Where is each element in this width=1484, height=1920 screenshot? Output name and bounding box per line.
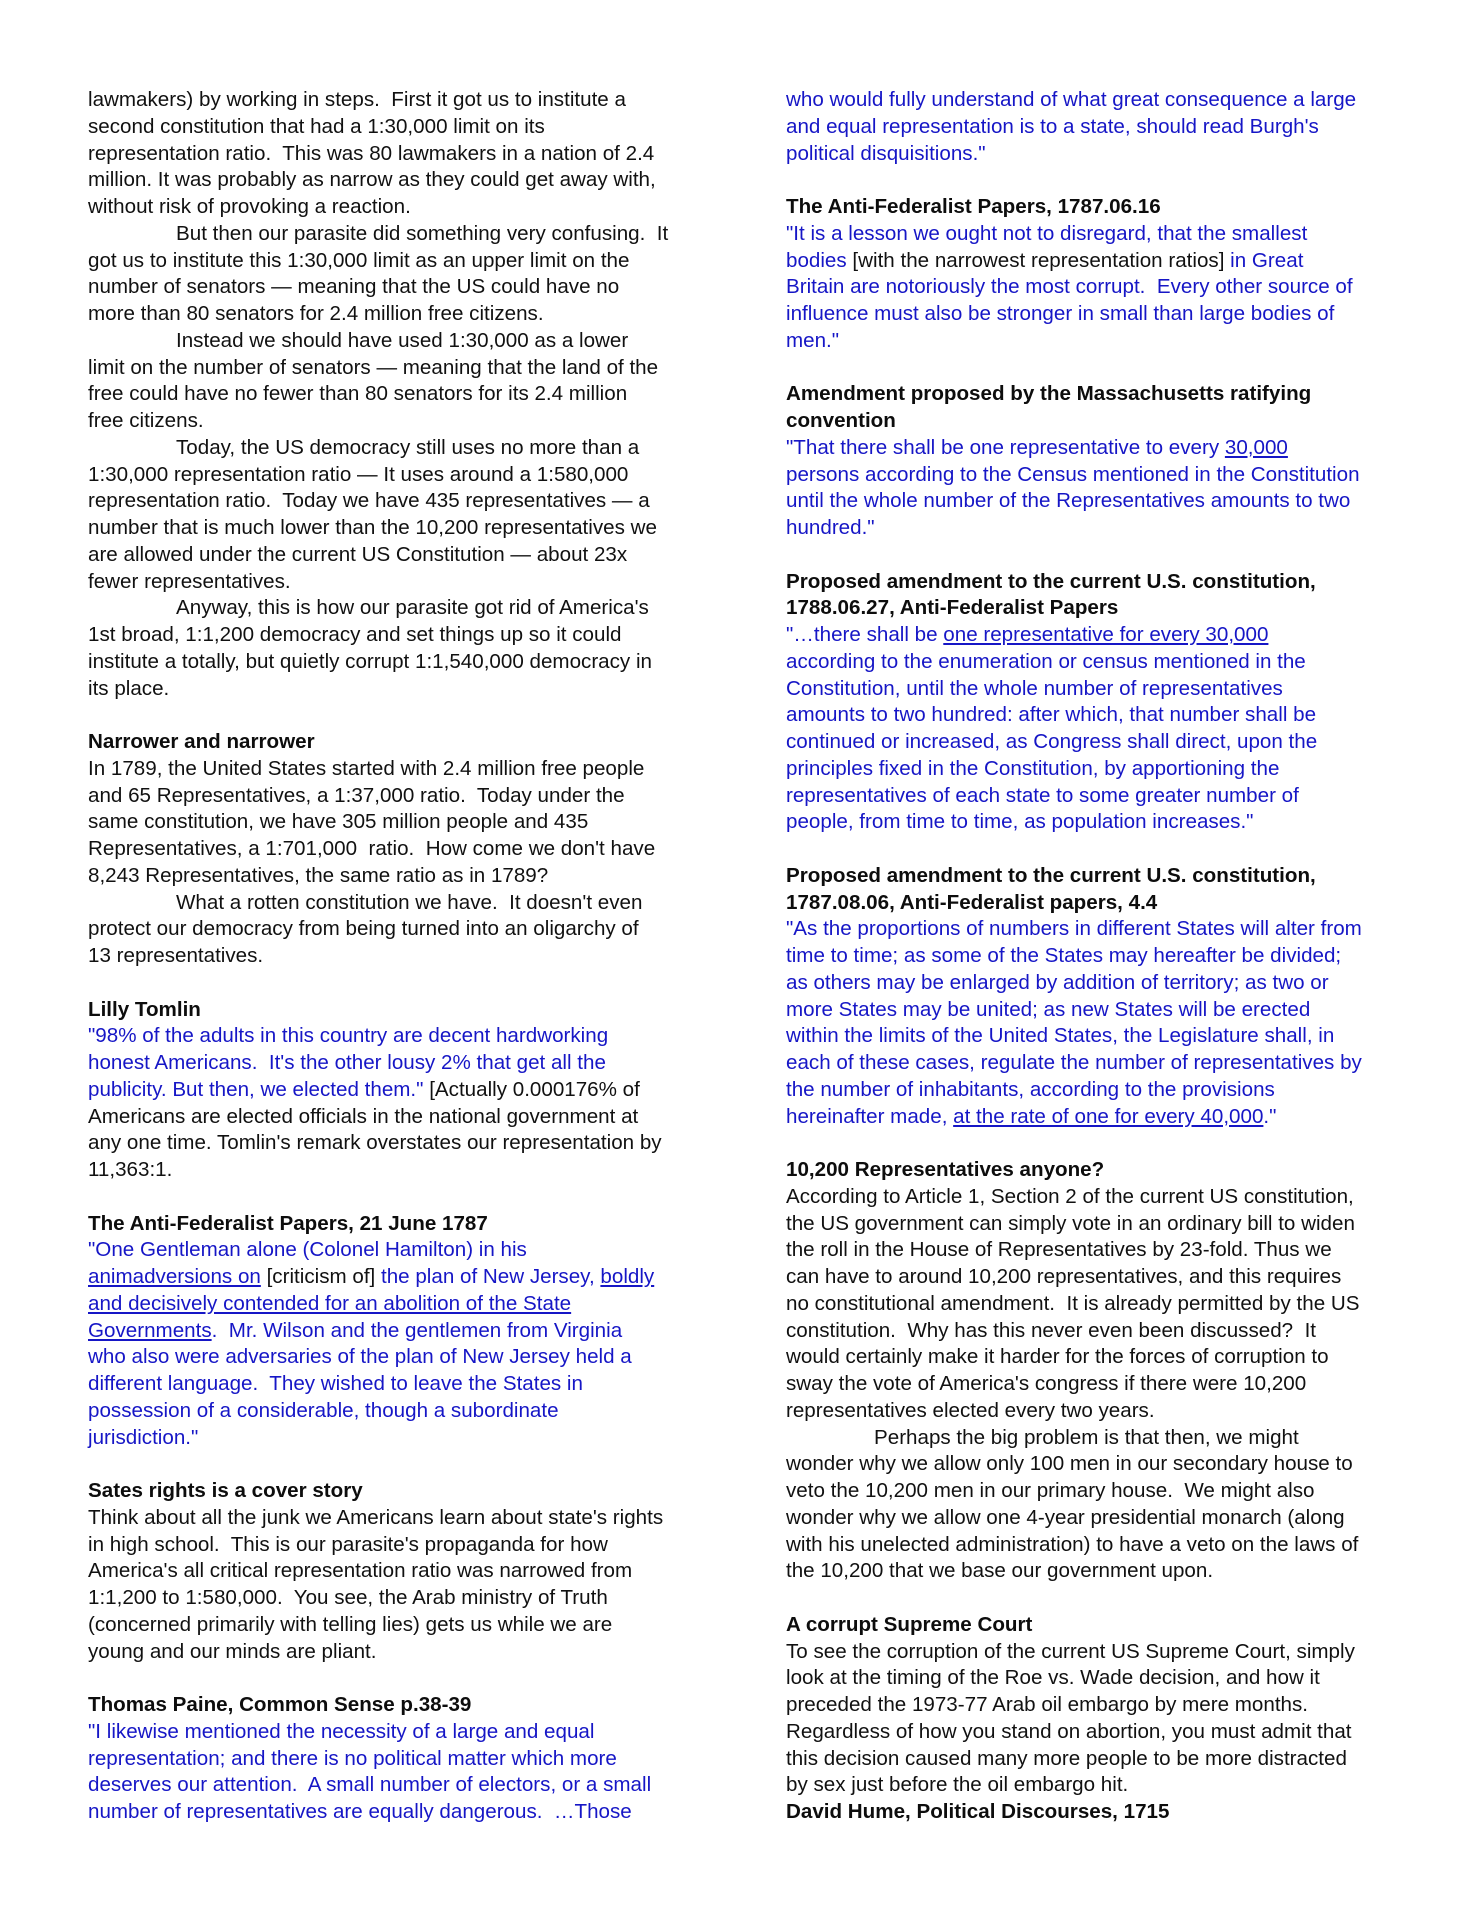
text-line: men." <box>786 328 1396 355</box>
section-anti-federalist-21-june-1787: The Anti-Federalist Papers, 21 June 1787… <box>88 1211 708 1452</box>
text-line: possession of a considerable, though a s… <box>88 1398 708 1425</box>
section-states-rights-cover-story: Sates rights is a cover storyThink about… <box>88 1478 708 1665</box>
text-line: persons according to the Census mentione… <box>786 462 1396 489</box>
quote-text: the number of inhabitants, according to … <box>786 1078 1275 1101</box>
body-text: more than 80 senators for 2.4 million fr… <box>88 302 544 325</box>
body-text: In 1789, the United States started with … <box>88 757 644 780</box>
body-text: representation ratio. Today we have 435 … <box>88 489 650 512</box>
body-text: with his unelected administration) to ha… <box>786 1533 1358 1556</box>
quote-text: . Mr. Wilson and the gentlemen from Virg… <box>212 1319 623 1342</box>
text-line: Britain are notoriously the most corrupt… <box>786 274 1396 301</box>
text-line: representation ratio. This was 80 lawmak… <box>88 141 708 168</box>
body-text: limit on the number of senators — meanin… <box>88 356 658 379</box>
quote-text: number of representatives are equally da… <box>88 1800 632 1823</box>
body-text: Today, the US democracy still uses no mo… <box>176 436 639 459</box>
blank-line <box>88 1184 708 1211</box>
text-line: and equal representation is to a state, … <box>786 114 1396 141</box>
section-amendment-1788-06-27: Proposed amendment to the current U.S. c… <box>786 569 1396 837</box>
section-amendment-1787-08-06: Proposed amendment to the current U.S. c… <box>786 863 1396 1131</box>
text-line: According to Article 1, Section 2 of the… <box>786 1184 1396 1211</box>
body-text: representation ratio. This was 80 lawmak… <box>88 142 654 165</box>
section-heading: Proposed amendment to the current U.S. c… <box>786 569 1396 596</box>
text-line: Constitution, until the whole number of … <box>786 676 1396 703</box>
blank-line <box>786 1130 1396 1157</box>
text-line: wonder why we allow only 100 men in our … <box>786 1451 1396 1478</box>
text-line: any one time. Tomlin's remark overstates… <box>88 1130 708 1157</box>
text-line: representation ratio. Today we have 435 … <box>88 488 708 515</box>
text-line: 1:30,000 representation ratio — It uses … <box>88 462 708 489</box>
text-line: more States may be united; as new States… <box>786 997 1396 1024</box>
text-line: "One Gentleman alone (Colonel Hamilton) … <box>88 1237 708 1264</box>
body-text: free could have no fewer than 80 senator… <box>88 382 627 405</box>
text-line: the 10,200 that we base our government u… <box>786 1558 1396 1585</box>
quote-text: "98% of the adults in this country are d… <box>88 1024 608 1047</box>
body-text: without risk of provoking a reaction. <box>88 195 411 218</box>
section-heading: The Anti-Federalist Papers, 21 June 1787 <box>88 1211 708 1238</box>
body-text: million. It was probably as narrow as th… <box>88 168 656 191</box>
text-line: limit on the number of senators — meanin… <box>88 355 708 382</box>
text-line: million. It was probably as narrow as th… <box>88 167 708 194</box>
text-line: Today, the US democracy still uses no mo… <box>88 435 708 462</box>
text-line: as others may be enlarged by addition of… <box>786 970 1396 997</box>
text-line: 8,243 Representatives, the same ratio as… <box>88 863 708 890</box>
quote-text: until the whole number of the Representa… <box>786 489 1350 512</box>
text-line: Instead we should have used 1:30,000 as … <box>88 328 708 355</box>
text-line: this decision caused many more people to… <box>786 1746 1396 1773</box>
text-line: who would fully understand of what great… <box>786 87 1396 114</box>
text-line: deserves our attention. A small number o… <box>88 1772 708 1799</box>
body-text: America's all critical representation ra… <box>88 1559 632 1582</box>
section-narrower-and-narrower: Narrower and narrowerIn 1789, the United… <box>88 729 708 970</box>
text-line: protect our democracy from being turned … <box>88 916 708 943</box>
quote-text: who would fully understand of what great… <box>786 88 1356 111</box>
blank-line <box>88 1451 708 1478</box>
body-text: Americans are elected officials in the n… <box>88 1105 638 1128</box>
quote-text: "…there shall be <box>786 623 943 646</box>
text-line: Regardless of how you stand on abortion,… <box>786 1719 1396 1746</box>
quote-text: hundred." <box>786 516 875 539</box>
body-text: its place. <box>88 677 169 700</box>
section-paine-quote-continued: who would fully understand of what great… <box>786 87 1396 167</box>
text-line: "That there shall be one representative … <box>786 435 1396 462</box>
underlined-quote-text: 30,000 <box>1225 436 1288 459</box>
section-heading: Proposed amendment to the current U.S. c… <box>786 863 1396 890</box>
text-line: 1st broad, 1:1,200 democracy and set thi… <box>88 622 708 649</box>
body-text: in high school. This is our parasite's p… <box>88 1533 608 1556</box>
text-line: constitution. Why has this never even be… <box>786 1318 1396 1345</box>
text-line: "98% of the adults in this country are d… <box>88 1023 708 1050</box>
text-line: representation; and there is no politica… <box>88 1746 708 1773</box>
quote-text: as others may be enlarged by addition of… <box>786 971 1329 994</box>
quote-text: representation; and there is no politica… <box>88 1747 617 1770</box>
text-line: can have to around 10,200 representative… <box>786 1264 1396 1291</box>
underlined-quote-text: boldly <box>600 1265 654 1288</box>
text-line: But then our parasite did something very… <box>88 221 708 248</box>
body-text: (concerned primarily with telling lies) … <box>88 1613 612 1636</box>
blank-line <box>88 1665 708 1692</box>
text-line: same constitution, we have 305 million p… <box>88 809 708 836</box>
quote-text: men." <box>786 329 839 352</box>
body-text: young and our minds are pliant. <box>88 1640 377 1663</box>
section-heading: The Anti-Federalist Papers, 1787.06.16 <box>786 194 1396 221</box>
text-line: with his unelected administration) to ha… <box>786 1532 1396 1559</box>
quote-text: "That there shall be one representative … <box>786 436 1225 459</box>
body-text: Instead we should have used 1:30,000 as … <box>176 329 628 352</box>
text-line: young and our minds are pliant. <box>88 1639 708 1666</box>
body-text: [Actually 0.000176% of <box>423 1078 639 1101</box>
left-column: lawmakers) by working in steps. First it… <box>88 87 708 1826</box>
quote-text: "As the proportions of numbers in differ… <box>786 917 1362 940</box>
text-line: time to time; as some of the States may … <box>786 943 1396 970</box>
text-line: "As the proportions of numbers in differ… <box>786 916 1396 943</box>
text-line: and 65 Representatives, a 1:37,000 ratio… <box>88 783 708 810</box>
body-text: wonder why we allow only 100 men in our … <box>786 1452 1353 1475</box>
quote-text: deserves our attention. A small number o… <box>88 1773 651 1796</box>
quote-text: possession of a considerable, though a s… <box>88 1399 559 1422</box>
section-heading: Lilly Tomlin <box>88 997 708 1024</box>
body-text: the US government can simply vote in an … <box>786 1212 1355 1235</box>
quote-text: amounts to two hundred: after which, tha… <box>786 703 1316 726</box>
quote-text: persons according to the Census mentione… <box>786 463 1360 486</box>
section-heading: Thomas Paine, Common Sense p.38-39 <box>88 1692 708 1719</box>
text-line: the number of inhabitants, according to … <box>786 1077 1396 1104</box>
body-text: 1:1,200 to 1:580,000. You see, the Arab … <box>88 1586 608 1609</box>
quote-text: Constitution, until the whole number of … <box>786 677 1283 700</box>
text-line: America's all critical representation ra… <box>88 1558 708 1585</box>
text-line: hundred." <box>786 515 1396 542</box>
text-line: bodies [with the narrowest representatio… <box>786 248 1396 275</box>
body-text: Regardless of how you stand on abortion,… <box>786 1720 1352 1743</box>
body-text: the 10,200 that we base our government u… <box>786 1559 1213 1582</box>
body-text: lawmakers) by working in steps. First it… <box>88 88 626 111</box>
body-text: would certainly make it harder for the f… <box>786 1345 1329 1368</box>
text-line: and decisively contended for an abolitio… <box>88 1291 708 1318</box>
text-line: What a rotten constitution we have. It d… <box>88 890 708 917</box>
body-text: and 65 Representatives, a 1:37,000 ratio… <box>88 784 625 807</box>
underlined-quote-text: animadversions on <box>88 1265 261 1288</box>
body-text: To see the corruption of the current US … <box>786 1640 1355 1663</box>
text-line: number of senators — meaning that the US… <box>88 274 708 301</box>
body-text: look at the timing of the Roe vs. Wade d… <box>786 1666 1320 1689</box>
quote-text: representatives of each state to some gr… <box>786 784 1299 807</box>
section-intro-continued: lawmakers) by working in steps. First it… <box>88 87 708 702</box>
text-line: hereinafter made, at the rate of one for… <box>786 1104 1396 1131</box>
quote-text: "One Gentleman alone (Colonel Hamilton) … <box>88 1238 527 1261</box>
body-text: 11,363:1. <box>88 1158 172 1181</box>
text-line: got us to institute this 1:30,000 limit … <box>88 248 708 275</box>
text-line: within the limits of the United States, … <box>786 1023 1396 1050</box>
text-line: without risk of provoking a reaction. <box>88 194 708 221</box>
body-text: wonder why we allow one 4-year president… <box>786 1506 1345 1529</box>
text-line: its place. <box>88 676 708 703</box>
text-line: free citizens. <box>88 408 708 435</box>
body-text: same constitution, we have 305 million p… <box>88 810 588 833</box>
quote-text: hereinafter made, <box>786 1105 953 1128</box>
body-text: veto the 10,200 men in our primary house… <box>786 1479 1314 1502</box>
body-text: 1st broad, 1:1,200 democracy and set thi… <box>88 623 621 646</box>
section-heading: Sates rights is a cover story <box>88 1478 708 1505</box>
section-thomas-paine-common-sense: Thomas Paine, Common Sense p.38-39"I lik… <box>88 1692 708 1826</box>
body-text: Think about all the junk we Americans le… <box>88 1506 663 1529</box>
text-line: principles fixed in the Constitution, by… <box>786 756 1396 783</box>
quote-text: Britain are notoriously the most corrupt… <box>786 275 1353 298</box>
text-line: wonder why we allow one 4-year president… <box>786 1505 1396 1532</box>
section-lilly-tomlin: Lilly Tomlin"98% of the adults in this c… <box>88 997 708 1184</box>
quote-text: people, from time to time, as population… <box>786 810 1253 833</box>
text-line: "It is a lesson we ought not to disregar… <box>786 221 1396 248</box>
text-line: representatives elected every two years. <box>786 1398 1396 1425</box>
section-heading: 10,200 Representatives anyone? <box>786 1157 1396 1184</box>
text-line: by sex just before the oil embargo hit. <box>786 1772 1396 1799</box>
text-line: Think about all the junk we Americans le… <box>88 1505 708 1532</box>
text-line: number of representatives are equally da… <box>88 1799 708 1826</box>
text-line: "I likewise mentioned the necessity of a… <box>88 1719 708 1746</box>
quote-text: different language. They wished to leave… <box>88 1372 583 1395</box>
body-text: by sex just before the oil embargo hit. <box>786 1773 1128 1796</box>
text-line: 13 representatives. <box>88 943 708 970</box>
body-text: [with the narrowest representation ratio… <box>847 249 1230 272</box>
body-text: any one time. Tomlin's remark overstates… <box>88 1131 662 1154</box>
quote-text: more States may be united; as new States… <box>786 998 1310 1021</box>
text-line: influence must also be stronger in small… <box>786 301 1396 328</box>
section-heading: 1788.06.27, Anti-Federalist Papers <box>786 595 1396 622</box>
body-text: [criticism of] <box>261 1265 381 1288</box>
text-line: publicity. But then, we elected them." [… <box>88 1077 708 1104</box>
body-text: representatives elected every two years. <box>786 1399 1155 1422</box>
text-line: number that is much lower than the 10,20… <box>88 515 708 542</box>
text-line: amounts to two hundred: after which, tha… <box>786 702 1396 729</box>
body-text: Representatives, a 1:701,000 ratio. How … <box>88 837 655 860</box>
text-line: would certainly make it harder for the f… <box>786 1344 1396 1371</box>
text-line: are allowed under the current US Constit… <box>88 542 708 569</box>
blank-line <box>88 702 708 729</box>
text-line: until the whole number of the Representa… <box>786 488 1396 515</box>
text-line: "…there shall be one representative for … <box>786 622 1396 649</box>
text-line: more than 80 senators for 2.4 million fr… <box>88 301 708 328</box>
text-line: continued or increased, as Congress shal… <box>786 729 1396 756</box>
body-text: institute a totally, but quietly corrupt… <box>88 650 652 673</box>
quote-text: political disquisitions." <box>786 142 986 165</box>
body-text: got us to institute this 1:30,000 limit … <box>88 249 629 272</box>
blank-line <box>786 167 1396 194</box>
section-heading: Narrower and narrower <box>88 729 708 756</box>
quote-text: honest Americans. It's the other lousy 2… <box>88 1051 606 1074</box>
quote-text: who also were adversaries of the plan of… <box>88 1345 632 1368</box>
text-line: sway the vote of America's congress if t… <box>786 1371 1396 1398</box>
body-text: number that is much lower than the 10,20… <box>88 516 657 539</box>
text-line: each of these cases, regulate the number… <box>786 1050 1396 1077</box>
body-text: protect our democracy from being turned … <box>88 917 639 940</box>
body-text: constitution. Why has this never even be… <box>786 1319 1316 1342</box>
underlined-quote-text: one representative for every 30,000 <box>943 623 1268 646</box>
body-text: this decision caused many more people to… <box>786 1747 1347 1770</box>
text-line: jurisdiction." <box>88 1425 708 1452</box>
quote-text: within the limits of the United States, … <box>786 1024 1334 1047</box>
quote-text: principles fixed in the Constitution, by… <box>786 757 1279 780</box>
body-text: 1:30,000 representation ratio — It uses … <box>88 463 628 486</box>
quote-text: ." <box>1263 1105 1276 1128</box>
body-text: number of senators — meaning that the US… <box>88 275 619 298</box>
quote-text: and equal representation is to a state, … <box>786 115 1319 138</box>
quote-text: time to time; as some of the States may … <box>786 944 1341 967</box>
section-anti-federalist-1787-06-16: The Anti-Federalist Papers, 1787.06.16"I… <box>786 194 1396 355</box>
text-line: Governments. Mr. Wilson and the gentleme… <box>88 1318 708 1345</box>
body-text: Anyway, this is how our parasite got rid… <box>176 596 649 619</box>
underlined-quote-text: Governments <box>88 1319 212 1342</box>
text-line: no constitutional amendment. It is alrea… <box>786 1291 1396 1318</box>
quote-text: continued or increased, as Congress shal… <box>786 730 1317 753</box>
blank-line <box>786 1585 1396 1612</box>
body-text: Perhaps the big problem is that then, we… <box>874 1426 1299 1449</box>
body-text: According to Article 1, Section 2 of the… <box>786 1185 1354 1208</box>
blank-line <box>786 355 1396 382</box>
text-line: representatives of each state to some gr… <box>786 783 1396 810</box>
text-line: Perhaps the big problem is that then, we… <box>786 1425 1396 1452</box>
blank-line <box>88 970 708 997</box>
text-line: Representatives, a 1:701,000 ratio. How … <box>88 836 708 863</box>
body-text: free citizens. <box>88 409 204 432</box>
section-heading: 1787.08.06, Anti-Federalist papers, 4.4 <box>786 890 1396 917</box>
quote-text: "I likewise mentioned the necessity of a… <box>88 1720 594 1743</box>
section-heading: convention <box>786 408 1396 435</box>
quote-text: "It is a lesson we ought not to disregar… <box>786 222 1307 245</box>
quote-text: bodies <box>786 249 847 272</box>
body-text: the roll in the House of Representatives… <box>786 1238 1332 1261</box>
text-line: people, from time to time, as population… <box>786 809 1396 836</box>
text-line: Anyway, this is how our parasite got rid… <box>88 595 708 622</box>
text-line: Americans are elected officials in the n… <box>88 1104 708 1131</box>
quote-text: each of these cases, regulate the number… <box>786 1051 1362 1074</box>
text-line: institute a totally, but quietly corrupt… <box>88 649 708 676</box>
quote-text: according to the enumeration or census m… <box>786 650 1306 673</box>
quote-text: the plan of New Jersey, <box>381 1265 600 1288</box>
text-line: the US government can simply vote in an … <box>786 1211 1396 1238</box>
body-text: 13 representatives. <box>88 944 263 967</box>
underlined-quote-text: at the rate of one for every 40,000 <box>953 1105 1263 1128</box>
body-text: But then our parasite did something very… <box>176 222 668 245</box>
text-line: preceded the 1973-77 Arab oil embargo by… <box>786 1692 1396 1719</box>
text-line: according to the enumeration or census m… <box>786 649 1396 676</box>
text-line: the roll in the House of Representatives… <box>786 1237 1396 1264</box>
section-heading: David Hume, Political Discourses, 1715 <box>786 1799 1396 1826</box>
text-line: To see the corruption of the current US … <box>786 1639 1396 1666</box>
body-text: What a rotten constitution we have. It d… <box>176 891 642 914</box>
text-line: 11,363:1. <box>88 1157 708 1184</box>
body-text: fewer representatives. <box>88 570 291 593</box>
body-text: 8,243 Representatives, the same ratio as… <box>88 864 548 887</box>
body-text: no constitutional amendment. It is alrea… <box>786 1292 1360 1315</box>
quote-text: in Great <box>1230 249 1303 272</box>
section-10200-representatives: 10,200 Representatives anyone?According … <box>786 1157 1396 1585</box>
text-line: second constitution that had a 1:30,000 … <box>88 114 708 141</box>
blank-line <box>786 836 1396 863</box>
body-text: second constitution that had a 1:30,000 … <box>88 115 545 138</box>
right-column: who would fully understand of what great… <box>786 87 1396 1826</box>
quote-text: publicity. But then, we elected them." <box>88 1078 423 1101</box>
text-line: in high school. This is our parasite's p… <box>88 1532 708 1559</box>
quote-text: jurisdiction." <box>88 1426 198 1449</box>
underlined-quote-text: and decisively contended for an abolitio… <box>88 1292 571 1315</box>
body-text: can have to around 10,200 representative… <box>786 1265 1341 1288</box>
section-massachusetts-amendment: Amendment proposed by the Massachusetts … <box>786 381 1396 542</box>
section-corrupt-supreme-court: A corrupt Supreme CourtTo see the corrup… <box>786 1612 1396 1826</box>
text-line: free could have no fewer than 80 senator… <box>88 381 708 408</box>
section-heading: Amendment proposed by the Massachusetts … <box>786 381 1396 408</box>
body-text: are allowed under the current US Constit… <box>88 543 627 566</box>
text-line: animadversions on [criticism of] the pla… <box>88 1264 708 1291</box>
text-line: look at the timing of the Roe vs. Wade d… <box>786 1665 1396 1692</box>
text-line: fewer representatives. <box>88 569 708 596</box>
body-text: preceded the 1973-77 Arab oil embargo by… <box>786 1693 1308 1716</box>
text-line: honest Americans. It's the other lousy 2… <box>88 1050 708 1077</box>
text-line: In 1789, the United States started with … <box>88 756 708 783</box>
quote-text: influence must also be stronger in small… <box>786 302 1334 325</box>
text-line: who also were adversaries of the plan of… <box>88 1344 708 1371</box>
text-line: different language. They wished to leave… <box>88 1371 708 1398</box>
text-line: 1:1,200 to 1:580,000. You see, the Arab … <box>88 1585 708 1612</box>
text-line: veto the 10,200 men in our primary house… <box>786 1478 1396 1505</box>
text-line: lawmakers) by working in steps. First it… <box>88 87 708 114</box>
text-line: political disquisitions." <box>786 141 1396 168</box>
section-heading: A corrupt Supreme Court <box>786 1612 1396 1639</box>
body-text: sway the vote of America's congress if t… <box>786 1372 1306 1395</box>
blank-line <box>786 542 1396 569</box>
text-line: (concerned primarily with telling lies) … <box>88 1612 708 1639</box>
